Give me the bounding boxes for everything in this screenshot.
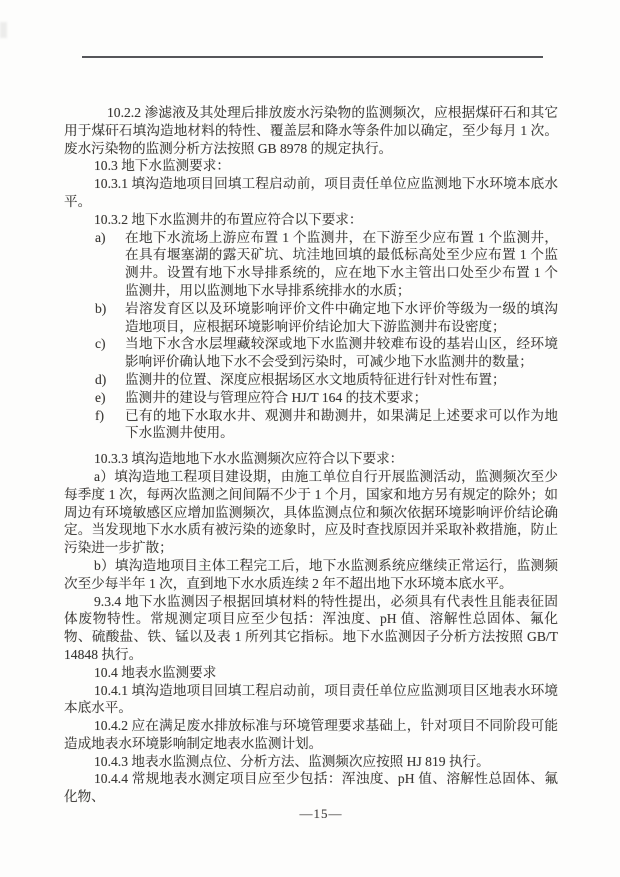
list-marker-e: e)	[95, 389, 106, 407]
list-text-c: 当地下水含水层埋藏较深或地下水监测井较难布设的基岩山区，经环境影响评价确认地下水…	[125, 336, 558, 369]
list-marker-d: d)	[95, 371, 106, 389]
paragraph-9-3-4: 9.3.4 地下水监测因子根据回填材料的特性提出，必须具有代表性且能表征固体废物…	[64, 593, 558, 664]
list-marker-c: c)	[95, 335, 106, 353]
paragraph-10-4-3: 10.4.3 地表水监测点位、分析方法、监测频次应按照 HJ 819 执行。	[64, 753, 558, 771]
header-rule	[82, 56, 543, 58]
paragraph-10-3-3-b: b）填沟造地项目主体工程完工后，地下水监测系统应继续正常运行，监测频次至少每半年…	[64, 557, 558, 593]
page-number: —15—	[0, 806, 620, 822]
list-marker-f: f)	[95, 407, 104, 425]
list-text-e: 监测井的建设与管理应符合 HJ/T 164 的技术要求；	[125, 390, 427, 405]
paragraph-10-4-4: 10.4.4 常规地表水测定项目应至少包括：浑浊度、pH 值、溶解性总固体、氟化…	[64, 770, 558, 806]
heading-10-4: 10.4 地表水监测要求	[64, 664, 558, 682]
list-item-e: e) 监测井的建设与管理应符合 HJ/T 164 的技术要求；	[64, 389, 558, 407]
paragraph-10-4-1: 10.4.1 填沟造地项目回填工程启动前，项目责任单位应监测项目区地表水环境本底…	[64, 682, 558, 718]
paragraph-10-2-2: 10.2.2 渗滤液及其处理后排放废水污染物的监测频次，应根据煤矸石和其它用于煤…	[64, 104, 558, 157]
paragraph-10-3-3-a: a）填沟造地工程项目建设期，由施工单位自行开展监测活动，监测频次至少每季度 1 …	[64, 468, 558, 557]
list-item-f: f) 已有的地下水取水井、观测井和勘测井，如果满足上述要求可以作为地下水监测井使…	[64, 407, 558, 443]
paragraph-10-3-2: 10.3.2 地下水监测井的布置应符合以下要求：	[64, 211, 558, 229]
document-page: 10.2.2 渗滤液及其处理后排放废水污染物的监测频次，应根据煤矸石和其它用于煤…	[0, 0, 620, 877]
list-text-b: 岩溶发育区以及环境影响评价文件中确定地下水评价等级为一级的填沟造地项目，应根据环…	[125, 301, 558, 334]
list-marker-a: a)	[95, 229, 106, 247]
heading-10-3: 10.3 地下水监测要求：	[64, 157, 558, 175]
list-text-f: 已有的地下水取水井、观测井和勘测井，如果满足上述要求可以作为地下水监测井使用。	[125, 408, 558, 441]
list-marker-b: b)	[95, 300, 106, 318]
document-body: 10.2.2 渗滤液及其处理后排放废水污染物的监测频次，应根据煤矸石和其它用于煤…	[64, 104, 558, 806]
heading-10-3-3: 10.3.3 填沟造地地下水水监测频次应符合以下要求：	[64, 450, 558, 468]
list-item-a: a) 在地下水流场上游应布置 1 个监测井，在下游至少应布置 1 个监测井，在具…	[64, 229, 558, 300]
scan-artifact	[0, 22, 7, 38]
paragraph-10-4-2: 10.4.2 应在满足废水排放标准与环境管理要求基础上，针对项目不同阶段可能造成…	[64, 717, 558, 753]
list-item-d: d) 监测井的位置、深度应根据场区水文地质特征进行针对性布置；	[64, 371, 558, 389]
list-text-a: 在地下水流场上游应布置 1 个监测井，在下游至少应布置 1 个监测井，在具有堰塞…	[125, 230, 558, 298]
list-item-b: b) 岩溶发育区以及环境影响评价文件中确定地下水评价等级为一级的填沟造地项目，应…	[64, 300, 558, 336]
list-item-c: c) 当地下水含水层埋藏较深或地下水监测井较难布设的基岩山区，经环境影响评价确认…	[64, 335, 558, 371]
paragraph-10-3-1: 10.3.1 填沟造地项目回填工程启动前，项目责任单位应监测地下水环境本底水平。	[64, 175, 558, 211]
list-text-d: 监测井的位置、深度应根据场区水文地质特征进行针对性布置；	[125, 372, 506, 387]
